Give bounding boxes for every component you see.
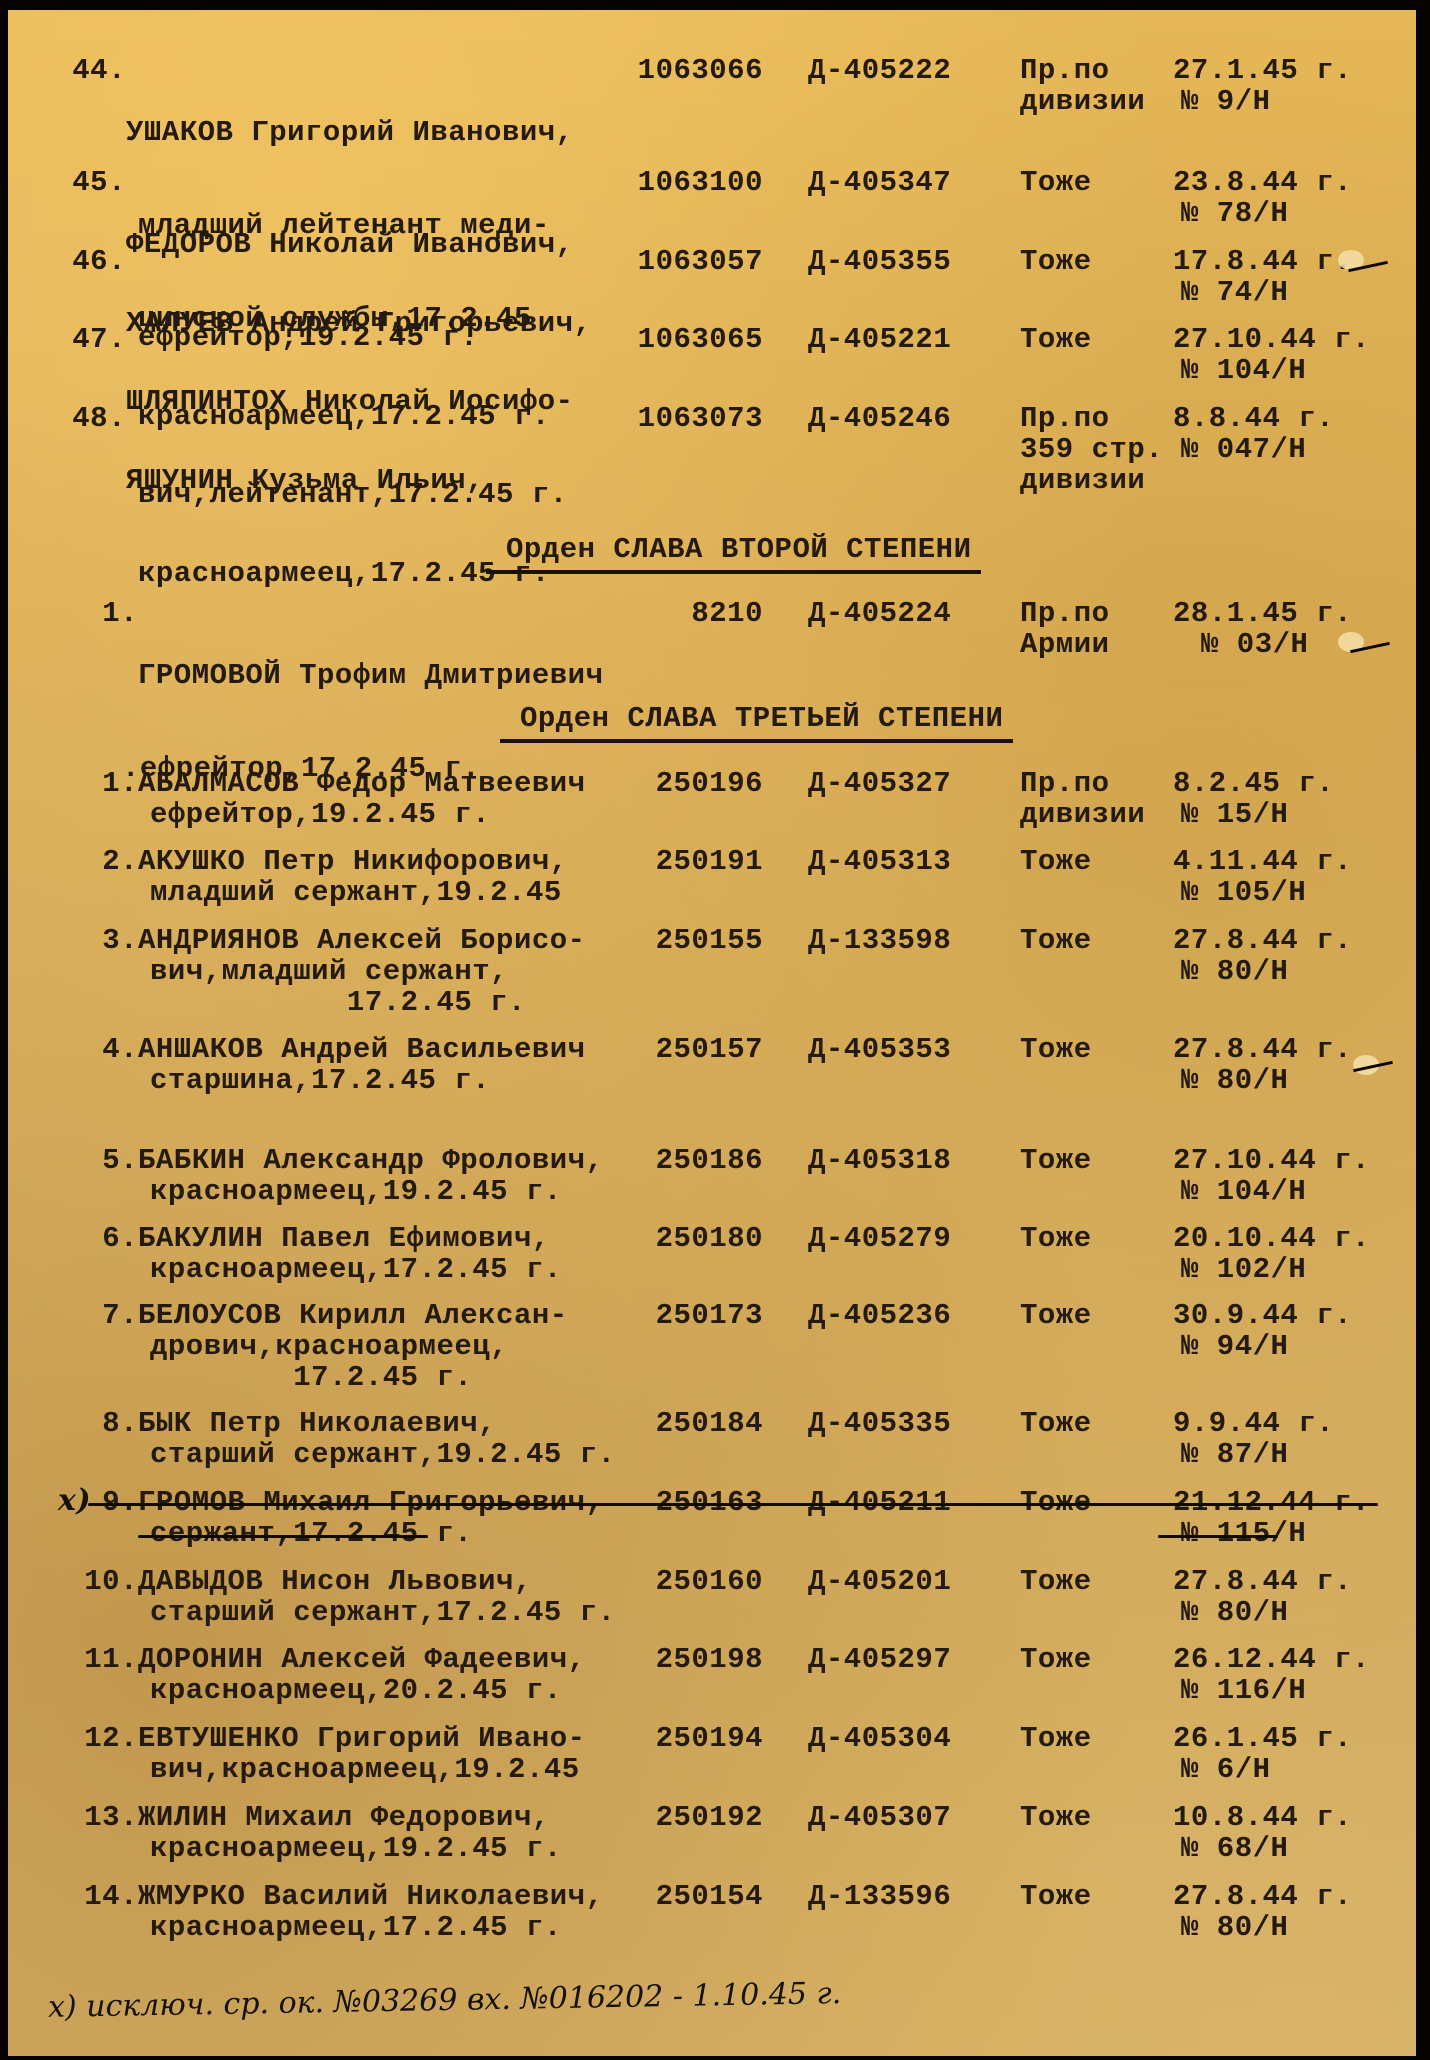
order-date: 4.11.44 г.№ 105/Н: [1173, 846, 1352, 908]
order-date: 27.8.44 г.№ 80/Н: [1173, 1034, 1352, 1096]
order-date: 10.8.44 г.№ 68/Н: [1173, 1802, 1352, 1864]
order-date: 27.1.45 г.№ 9/Н: [1173, 55, 1352, 117]
entry-number: 44.: [66, 55, 126, 86]
medal-number: 250155: [608, 925, 763, 956]
entry-number: 12.: [66, 1723, 138, 1754]
entry-number: 1.: [78, 768, 138, 799]
entry-number: 46.: [66, 246, 126, 277]
order-source: Тоже: [1020, 246, 1092, 277]
medal-number: 250180: [608, 1223, 763, 1254]
entry-name: БЫК Петр Николаевич,старший сержант,19.2…: [138, 1408, 615, 1470]
order-date: 30.9.44 г.№ 94/Н: [1173, 1300, 1352, 1362]
order-date: 27.10.44 г.№ 104/Н: [1173, 324, 1370, 386]
entry-number: 45.: [66, 167, 126, 198]
order-source: Тоже: [1020, 1723, 1092, 1754]
medal-number: 250157: [608, 1034, 763, 1065]
order-date: 8.8.44 г.№ 047/Н: [1173, 403, 1334, 465]
entry-number: 2.: [78, 846, 138, 877]
order-date: 27.8.44 г.№ 80/Н: [1173, 1881, 1352, 1943]
document-number: Д-405236: [808, 1300, 951, 1331]
order-date: 27.8.44 г.№ 80/Н: [1173, 1566, 1352, 1628]
document-number: Д-405335: [808, 1408, 951, 1439]
medal-number: 250198: [608, 1644, 763, 1675]
medal-number: 1063100: [608, 167, 763, 198]
order-date: 8.2.45 г.№ 15/Н: [1173, 768, 1334, 830]
order-date: 28.1.45 г.№ 03/Н: [1173, 598, 1352, 660]
order-source: Тоже: [1020, 1034, 1092, 1065]
document-number: Д-405201: [808, 1566, 951, 1597]
entry-number: 47.: [66, 324, 126, 355]
entry-number: 1.: [66, 598, 138, 629]
entry-name: ГРОМОВ Михаил Григорьевич,сержант,17.2.4…: [138, 1487, 603, 1549]
order-source: Тоже: [1020, 925, 1092, 956]
order-source: Пр.подивизии: [1020, 55, 1145, 117]
document-number: Д-405355: [808, 246, 951, 277]
document-number: Д-405353: [808, 1034, 951, 1065]
order-source: Тоже: [1020, 1566, 1092, 1597]
strikethrough-line: [138, 1535, 428, 1538]
document-number: Д-405307: [808, 1802, 951, 1833]
entry-name: БЕЛОУСОВ Кирилл Алексан-дрович,красноарм…: [138, 1300, 568, 1393]
document-number: Д-405327: [808, 768, 951, 799]
document-number: Д-133596: [808, 1881, 951, 1912]
document-number: Д-405222: [808, 55, 951, 86]
order-date: 21.12.44 г.№ 115/Н: [1173, 1487, 1370, 1549]
entry-name: АБАЛМАСОВ Федор Матвеевичефрейтор,19.2.4…: [138, 768, 586, 830]
document-number: Д-405246: [808, 403, 951, 434]
entry-name: ЕВТУШЕНКО Григорий Ивано-вич,красноармее…: [138, 1723, 586, 1785]
document-number: Д-405304: [808, 1723, 951, 1754]
order-source: Тоже: [1020, 846, 1092, 877]
entry-number: 13.: [66, 1802, 138, 1833]
medal-number: 250194: [608, 1723, 763, 1754]
document-page: 44. УШАКОВ Григорий Иванович, младший ле…: [8, 10, 1416, 2056]
document-number: Д-405297: [808, 1644, 951, 1675]
entry-number: 6.: [78, 1223, 138, 1254]
entry-name: АНДРИЯНОВ Алексей Борисо-вич,младший сер…: [138, 925, 586, 1018]
document-number: Д-405224: [808, 598, 951, 629]
medal-number: 1063065: [608, 324, 763, 355]
medal-number: 250186: [608, 1145, 763, 1176]
order-date: 26.1.45 г.№ 6/Н: [1173, 1723, 1352, 1785]
order-source: Тоже: [1020, 1644, 1092, 1675]
medal-number: 1063073: [608, 403, 763, 434]
medal-number: 250196: [608, 768, 763, 799]
medal-number: 8210: [608, 598, 763, 629]
section-heading-glory-2nd-class: Орден СЛАВА ВТОРОЙ СТЕПЕНИ: [486, 533, 981, 574]
entry-name: БАБКИН Александр Фролович,красноармеец,1…: [138, 1145, 603, 1207]
entry-number: 10.: [66, 1566, 138, 1597]
order-source: Тоже: [1020, 324, 1092, 355]
document-number: Д-133598: [808, 925, 951, 956]
order-source: Тоже: [1020, 1408, 1092, 1439]
order-source: Пр.поАрмии: [1020, 598, 1110, 660]
medal-number: 250184: [608, 1408, 763, 1439]
medal-number: 250192: [608, 1802, 763, 1833]
order-source: Пр.подивизии: [1020, 768, 1145, 830]
order-date: 9.9.44 г.№ 87/Н: [1173, 1408, 1334, 1470]
entry-number: 4.: [78, 1034, 138, 1065]
entry-name: ДОРОНИН Алексей Фадеевич,красноармеец,20…: [138, 1644, 586, 1706]
order-date: 23.8.44 г.№ 78/Н: [1173, 167, 1352, 229]
entry-number: 8.: [78, 1408, 138, 1439]
medal-number: 250191: [608, 846, 763, 877]
order-date: 20.10.44 г.№ 102/Н: [1173, 1223, 1370, 1285]
handwritten-footnote: х) исключ. ср. ок. №03269 вх. №016202 - …: [48, 1976, 842, 2025]
entry-number: 3.: [78, 925, 138, 956]
order-date: 27.10.44 г.№ 104/Н: [1173, 1145, 1370, 1207]
entry-number: 14.: [66, 1881, 138, 1912]
order-source: Тоже: [1020, 1881, 1092, 1912]
medal-number: 1063057: [608, 246, 763, 277]
order-date: 27.8.44 г.№ 80/Н: [1173, 925, 1352, 987]
entry-name: БАКУЛИН Павел Ефимович,красноармеец,17.2…: [138, 1223, 562, 1285]
order-source: Пр.по359 стр.дивизии: [1020, 403, 1163, 496]
entry-number: 48.: [66, 403, 126, 434]
order-source: Тоже: [1020, 1145, 1092, 1176]
document-number: Д-405221: [808, 324, 951, 355]
medal-number: 250154: [608, 1881, 763, 1912]
order-date: 26.12.44 г.№ 116/Н: [1173, 1644, 1370, 1706]
entry-name: АКУШКО Петр Никифорович,младший сержант,…: [138, 846, 568, 908]
medal-number: 1063066: [608, 55, 763, 86]
entry-name: ЖИЛИН Михаил Федорович,красноармеец,19.2…: [138, 1802, 562, 1864]
entry-name: АНШАКОВ Андрей Васильевичстаршина,17.2.4…: [138, 1034, 586, 1096]
strikethrough-line: [88, 1503, 1378, 1506]
medal-number: 250173: [608, 1300, 763, 1331]
section-heading-glory-3rd-class: Орден СЛАВА ТРЕТЬЕЙ СТЕПЕНИ: [500, 702, 1013, 743]
order-source: Тоже: [1020, 1300, 1092, 1331]
entry-number: 7.: [78, 1300, 138, 1331]
order-source: Тоже: [1020, 1802, 1092, 1833]
document-number: Д-405279: [808, 1223, 951, 1254]
strikethrough-line: [1158, 1535, 1278, 1538]
entry-name: ЖМУРКО Василий Николаевич,красноармеец,1…: [138, 1881, 603, 1943]
order-source: Тоже: [1020, 1223, 1092, 1254]
entry-name: ДАВЫДОВ Нисон Львович,старший сержант,17…: [138, 1566, 615, 1628]
document-number: Д-405347: [808, 167, 951, 198]
order-date: 17.8.44 г.№ 74/Н: [1173, 246, 1352, 308]
document-number: Д-405313: [808, 846, 951, 877]
document-number: Д-405318: [808, 1145, 951, 1176]
entry-number: 5.: [78, 1145, 138, 1176]
medal-number: 250160: [608, 1566, 763, 1597]
entry-number: 11.: [66, 1644, 138, 1675]
order-source: Тоже: [1020, 167, 1092, 198]
